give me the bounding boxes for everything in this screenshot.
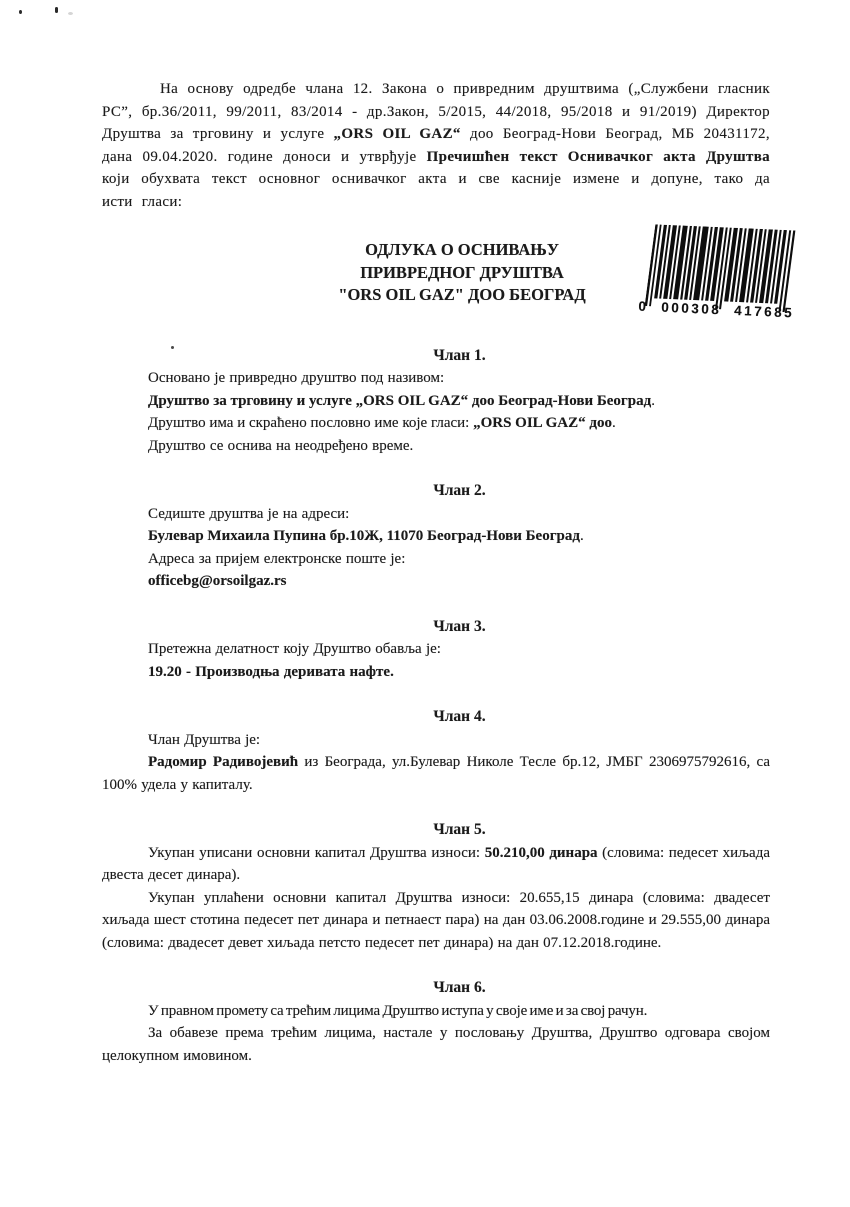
article-section: Члан 2. Седиште друштва је на адреси: Бу… — [102, 480, 770, 593]
article-paragraph: Друштво има и скраћено пословно име које… — [102, 412, 770, 435]
email-bold: officebg@orsoilgaz.rs — [148, 573, 287, 589]
article-heading: Члан 5. — [149, 819, 770, 842]
decision-title-line: ПРИВРЕДНОГ ДРУШТВА — [154, 262, 770, 285]
article-paragraph: За обавезе према трећим лицима, настале … — [102, 1022, 770, 1067]
text-run: Друштво има и скраћено пословно име које… — [148, 415, 473, 431]
company-name-bold: „ORS OIL GAZ“ — [334, 126, 461, 142]
scan-artifact — [55, 7, 58, 13]
article-paragraph: Укупан уплаћени основни капитал Друштва … — [102, 887, 770, 955]
article-paragraph: Седиште друштва је на адреси: — [102, 503, 770, 526]
intro-paragraph: На основу одредбе члана 12. Закона о при… — [102, 78, 770, 213]
article-paragraph: officebg@orsoilgaz.rs — [102, 570, 770, 593]
text-run: Друштво се оснива на неодређено време. — [148, 438, 413, 454]
text-run: У правном промету са трећим лицима Друшт… — [148, 1003, 647, 1019]
document-body: На основу одредбе члана 12. Закона о при… — [102, 78, 770, 1067]
text-run: . — [580, 528, 584, 544]
article-heading: Члан 1. — [149, 345, 770, 368]
text-run: . — [612, 415, 616, 431]
consolidated-text-bold: Пречишћен текст Оснивачког акта Друштва — [427, 149, 770, 165]
article-heading: Члан 6. — [149, 977, 770, 1000]
text-run: За обавезе према трећим лицима, настале … — [102, 1025, 770, 1064]
article-paragraph: У правном промету са трећим лицима Друшт… — [102, 1000, 770, 1023]
article-section: Члан 5. Укупан уписани основни капитал Д… — [102, 819, 770, 954]
article-paragraph: Претежна делатност коју Друштво обавља ј… — [102, 638, 770, 661]
text-run: Седиште друштва је на адреси: — [148, 506, 349, 522]
article-paragraph: 19.20 - Производња деривата нафте. — [102, 661, 770, 684]
article-paragraph: Члан Друштва је: — [102, 729, 770, 752]
company-full-name-bold: Друштво за трговину и услуге „ORS OIL GA… — [148, 393, 651, 409]
article-section: Члан 6. У правном промету са трећим лици… — [102, 977, 770, 1067]
article-paragraph: Адреса за пријем електронске поште је: — [102, 548, 770, 571]
scan-artifact — [68, 12, 73, 15]
article-paragraph: Радомир Радивојевић из Београда, ул.Буле… — [102, 751, 770, 796]
article-section: Члан 4. Члан Друштва је: Радомир Радивој… — [102, 706, 770, 796]
article-heading: Члан 3. — [149, 616, 770, 639]
text-run: . — [651, 393, 655, 409]
address-bold: Булевар Михаила Пупина бр.10Ж, 11070 Бео… — [148, 528, 580, 544]
article-paragraph: Друштво се оснива на неодређено време. — [102, 435, 770, 458]
article-heading: Члан 2. — [149, 480, 770, 503]
decision-title-line: "ORS OIL GAZ" ДОО БЕОГРАД — [154, 284, 770, 307]
text-run: Члан Друштва је: — [148, 732, 260, 748]
text-run: Укупан уписани основни капитал Друштва и… — [148, 845, 485, 861]
scan-artifact — [19, 10, 22, 14]
activity-code-bold: 19.20 - Производња деривата нафте. — [148, 664, 394, 680]
article-paragraph: Основано је привредно друштво под називо… — [102, 367, 770, 390]
decision-title-line: ОДЛУКА О ОСНИВАЊУ — [154, 239, 770, 262]
intro-run: који обухвата текст основног оснивачког … — [102, 171, 770, 210]
text-run: Адреса за пријем електронске поште је: — [148, 551, 405, 567]
document-page: 0 000308 417685 На основу одредбе члана … — [0, 0, 850, 1207]
text-run: Укупан уплаћени основни капитал Друштва … — [102, 890, 770, 951]
article-paragraph: Булевар Михаила Пупина бр.10Ж, 11070 Бео… — [102, 525, 770, 548]
article-section: Члан 1. Основано је привредно друштво по… — [102, 345, 770, 458]
capital-amount-bold: 50.210,00 динара — [485, 845, 598, 861]
founder-name-bold: Радомир Радивојевић — [148, 754, 298, 770]
decision-title: ОДЛУКА О ОСНИВАЊУ ПРИВРЕДНОГ ДРУШТВА "OR… — [154, 239, 770, 307]
article-paragraph: Друштво за трговину и услуге „ORS OIL GA… — [102, 390, 770, 413]
company-short-name-bold: „ORS OIL GAZ“ доо — [473, 415, 612, 431]
article-heading: Члан 4. — [149, 706, 770, 729]
article-section: Члан 3. Претежна делатност коју Друштво … — [102, 616, 770, 684]
text-run: Основано је привредно друштво под називо… — [148, 370, 444, 386]
article-paragraph: Укупан уписани основни капитал Друштва и… — [102, 842, 770, 887]
text-run: Претежна делатност коју Друштво обавља ј… — [148, 641, 441, 657]
